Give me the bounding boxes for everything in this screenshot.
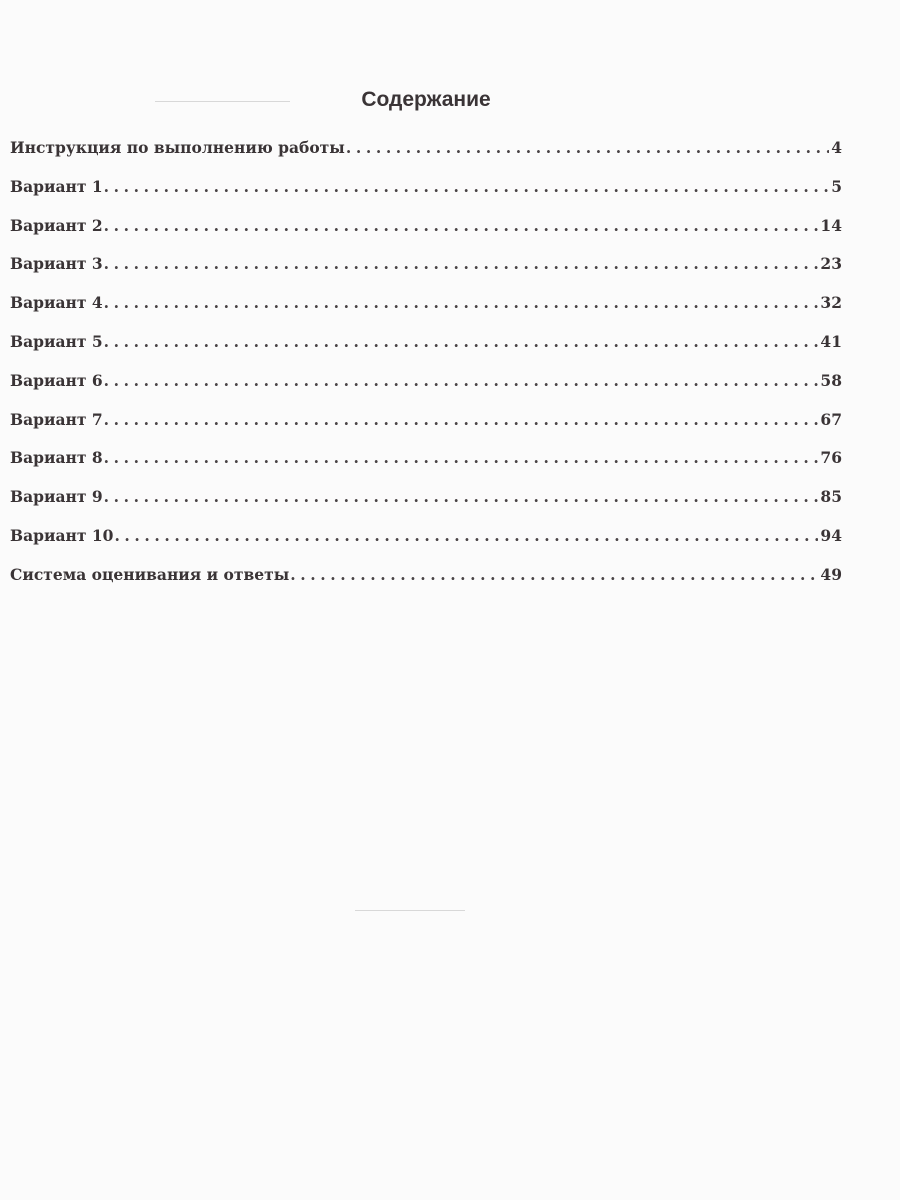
toc-entry[interactable]: Вариант 5...............................… bbox=[10, 330, 842, 369]
toc-entry-page-number: 32 bbox=[820, 291, 842, 315]
toc-entry[interactable]: Вариант 10..............................… bbox=[10, 524, 842, 563]
toc-entry-page-number: 94 bbox=[820, 524, 842, 548]
toc-entry-label: Вариант 2 bbox=[10, 214, 103, 238]
toc-entry-page-number: 85 bbox=[820, 485, 842, 509]
toc-entry[interactable]: Инструкция по выполнению работы.........… bbox=[10, 136, 842, 175]
dot-leader: ........................................… bbox=[290, 563, 818, 587]
toc-entry[interactable]: Вариант 6...............................… bbox=[10, 369, 842, 408]
dot-leader: ........................................… bbox=[104, 175, 830, 199]
toc-entry-label: Система оценивания и ответы bbox=[10, 563, 289, 587]
dot-leader: ........................................… bbox=[104, 369, 819, 393]
table-of-contents: Инструкция по выполнению работы.........… bbox=[10, 136, 842, 602]
toc-entry-page-number: 67 bbox=[820, 408, 842, 432]
toc-entry-page-number: 41 bbox=[820, 330, 842, 354]
dot-leader: ........................................… bbox=[346, 136, 829, 160]
dot-leader: ........................................… bbox=[104, 408, 819, 432]
toc-entry[interactable]: Вариант 7...............................… bbox=[10, 408, 842, 447]
dot-leader: ........................................… bbox=[104, 291, 819, 315]
dot-leader: ........................................… bbox=[104, 446, 819, 470]
page-title: Содержание bbox=[0, 88, 852, 112]
dot-leader: ........................................… bbox=[114, 524, 818, 548]
dot-leader: ........................................… bbox=[104, 485, 819, 509]
toc-entry-label: Инструкция по выполнению работы bbox=[10, 136, 345, 160]
decorative-rule bbox=[355, 910, 465, 911]
toc-entry-label: Вариант 8 bbox=[10, 446, 103, 470]
toc-entry-label: Вариант 3 bbox=[10, 252, 103, 276]
toc-entry[interactable]: Система оценивания и ответы.............… bbox=[10, 563, 842, 602]
toc-entry-label: Вариант 6 bbox=[10, 369, 103, 393]
toc-entry-page-number: 23 bbox=[820, 252, 842, 276]
dot-leader: ........................................… bbox=[104, 252, 819, 276]
toc-entry-page-number: 5 bbox=[831, 175, 842, 199]
dot-leader: ........................................… bbox=[104, 330, 819, 354]
toc-entry[interactable]: Вариант 4...............................… bbox=[10, 291, 842, 330]
toc-entry-page-number: 49 bbox=[820, 563, 842, 587]
toc-entry-page-number: 58 bbox=[820, 369, 842, 393]
toc-entry[interactable]: Вариант 3...............................… bbox=[10, 252, 842, 291]
toc-entry-label: Вариант 1 bbox=[10, 175, 103, 199]
toc-entry-label: Вариант 9 bbox=[10, 485, 103, 509]
dot-leader: ........................................… bbox=[104, 214, 819, 238]
toc-entry-page-number: 76 bbox=[820, 446, 842, 470]
toc-entry-label: Вариант 5 bbox=[10, 330, 103, 354]
toc-entry-label: Вариант 4 bbox=[10, 291, 103, 315]
toc-entry-label: Вариант 10 bbox=[10, 524, 113, 548]
toc-entry[interactable]: Вариант 8...............................… bbox=[10, 446, 842, 485]
toc-entry-label: Вариант 7 bbox=[10, 408, 103, 432]
toc-entry-page-number: 4 bbox=[831, 136, 842, 160]
toc-entry[interactable]: Вариант 9...............................… bbox=[10, 485, 842, 524]
toc-entry[interactable]: Вариант 1...............................… bbox=[10, 175, 842, 214]
toc-entry-page-number: 14 bbox=[820, 214, 842, 238]
toc-entry[interactable]: Вариант 2...............................… bbox=[10, 214, 842, 253]
